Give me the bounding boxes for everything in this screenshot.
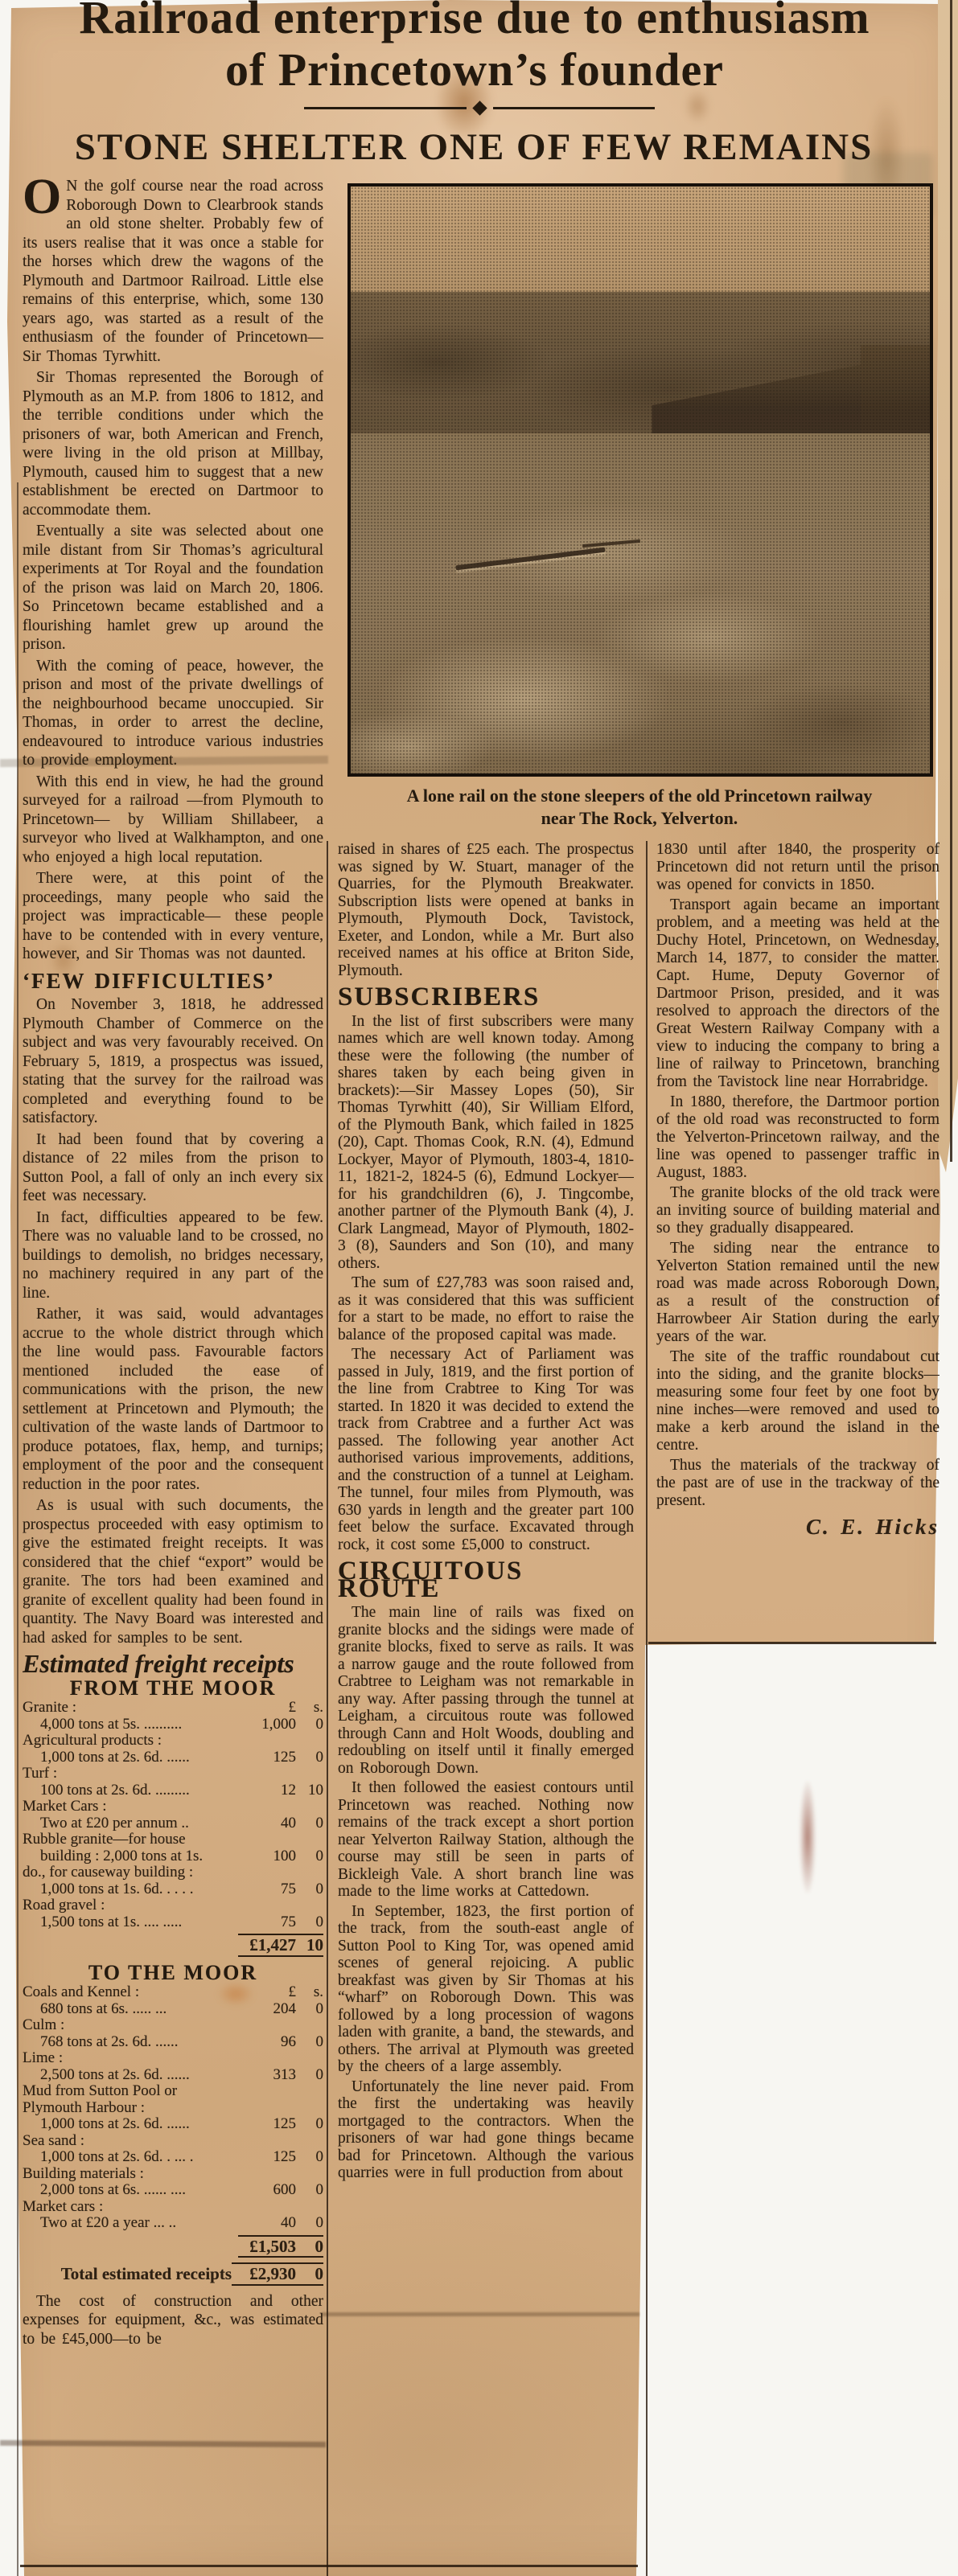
row-label: 680 tons at 6s. ..... ...: [23, 2001, 238, 2018]
row-label: 2,500 tons at 2s. 6d. ......: [23, 2067, 238, 2084]
table-row: do., for causeway building :: [23, 1864, 323, 1881]
row-label: 1,000 tons at 2s. 6d. ......: [23, 2116, 238, 2133]
row-label: 2,000 tons at 6s. ...... ....: [23, 2182, 238, 2199]
table-row: Building materials :: [23, 2166, 323, 2183]
column-rule: [327, 841, 328, 2576]
diamond-ornament-icon: [472, 100, 487, 115]
table-row: 1,000 tons at 2s. 6d. ...... 125 0: [23, 2116, 323, 2133]
table-section-heading: FROM THE MOOR: [23, 1680, 323, 1697]
headline-divider: [304, 103, 655, 113]
row-pounds: 75: [238, 1881, 296, 1898]
left-edge-rule: [17, 482, 19, 2576]
photo-caption-line1: A lone rail on the stone sleepers of the…: [347, 785, 931, 807]
table-row: 1,000 tons at 2s. 6d. . ... . 125 0: [23, 2149, 323, 2166]
row-pounds: 1,000: [238, 1717, 296, 1733]
table-row: Plymouth Harbour :: [23, 2100, 323, 2117]
row-label: Rubble granite—for house: [23, 1832, 238, 1848]
table-row: 1,500 tons at 1s. .... ..... 75 0: [23, 1914, 323, 1931]
total-shillings: 10: [296, 1937, 323, 1954]
photo-caption-line2: near The Rock, Yelverton.: [347, 807, 931, 830]
paragraph: With this end in view, he had the ground…: [23, 773, 323, 868]
paragraph: It then followed the easiest contours un…: [338, 1779, 634, 1901]
photo-caption: A lone rail on the stone sleepers of the…: [347, 785, 931, 830]
row-shillings: 0: [296, 1848, 323, 1865]
row-pounds: 125: [238, 1749, 296, 1766]
row-label: Two at £20 a year ... ..: [23, 2215, 238, 2232]
table-row: Culm :: [23, 2017, 323, 2034]
row-pounds: 12: [238, 1782, 296, 1799]
paragraph: It had been found that by covering a dis…: [23, 1130, 323, 1206]
row-shillings: 0: [296, 2001, 323, 2018]
paragraph: In 1880, therefore, the Dartmoor portion…: [656, 1093, 939, 1182]
table-row: Rubble granite—for house: [23, 1832, 323, 1848]
row-label: 1,000 tons at 1s. 6d. . . . .: [23, 1881, 238, 1898]
row-label: Culm :: [23, 2017, 238, 2034]
paragraph: With the coming of peace, however, the p…: [23, 657, 323, 770]
row-label: 768 tons at 2s. 6d. ......: [23, 2034, 238, 2051]
row-label: 100 tons at 2s. 6d. .........: [23, 1782, 238, 1799]
row-pounds: 40: [238, 2215, 296, 2232]
headline: Railroad enterprise due to enthusiasm of…: [16, 0, 933, 96]
table-row: 680 tons at 6s. ..... ... 204 0: [23, 2001, 323, 2018]
row-pounds: 600: [238, 2182, 296, 2199]
paragraph: There were, at this point of the proceed…: [23, 869, 323, 964]
table-row: Mud from Sutton Pool or: [23, 2083, 323, 2100]
row-label: Mud from Sutton Pool or: [23, 2083, 238, 2100]
row-shillings: 0: [296, 2067, 323, 2084]
paragraph: Thus the materials of the trackway of th…: [656, 1457, 939, 1510]
row-shillings: 10: [296, 1782, 323, 1799]
table-row: Coals and Kennel : £ s.: [23, 1984, 323, 2001]
left-column: ON the golf course near the road across …: [23, 177, 323, 2576]
row-shillings: 0: [296, 1914, 323, 1931]
row-label: 1,000 tons at 2s. 6d. . ... .: [23, 2149, 238, 2166]
row-shillings: s.: [296, 1700, 323, 1717]
paragraph: In fact, difficulties appeared to be few…: [23, 1208, 323, 1303]
grand-total-row: Total estimated receipts £2,9300: [23, 2262, 323, 2286]
row-label: Plymouth Harbour :: [23, 2100, 238, 2117]
from-moor-rows: Granite : £ s. 4,000 tons at 5s. .......…: [23, 1700, 323, 1930]
row-shillings: 0: [296, 1717, 323, 1733]
row-label: 1,500 tons at 1s. .... .....: [23, 1914, 238, 1931]
from-moor-total: £1,42710: [23, 1934, 323, 1957]
total-pounds: £1,503: [238, 2238, 296, 2255]
row-label: Agricultural products :: [23, 1733, 238, 1749]
row-pounds: 96: [238, 2034, 296, 2051]
paragraph: As is usual with such documents, the pro…: [23, 1496, 323, 1647]
row-pounds: £: [238, 1984, 296, 2001]
paragraph: The siding near the entrance to Yelverto…: [656, 1240, 939, 1346]
paragraph: The cost of construction and other expen…: [23, 2292, 323, 2349]
table-row: Lime :: [23, 2050, 323, 2067]
table-row: Turf :: [23, 1766, 323, 1782]
table-title: Estimated freight receipts: [23, 1655, 323, 1672]
row-pounds: 125: [238, 2116, 296, 2133]
adjacent-page-strip: [938, 0, 958, 1172]
grand-total-label: Total estimated receipts: [61, 2266, 232, 2283]
table-row: Market cars :: [23, 2199, 323, 2216]
row-shillings: 0: [296, 2034, 323, 2051]
row-shillings: 0: [296, 1881, 323, 1898]
paragraph: In the list of first subscribers were ma…: [338, 1013, 634, 1273]
total-shillings: 0: [296, 2238, 323, 2255]
row-label: Sea sand :: [23, 2133, 238, 2150]
row-shillings: 0: [296, 1815, 323, 1832]
total-pounds: £1,427: [238, 1937, 296, 1954]
paragraph: The sum of £27,783 was soon raised and, …: [338, 1274, 634, 1343]
row-shillings: 0: [296, 2215, 323, 2232]
table-row: Market Cars :: [23, 1799, 323, 1815]
paragraph: The necessary Act of Parliament was pass…: [338, 1346, 634, 1553]
row-label: Road gravel :: [23, 1897, 238, 1914]
row-label: do., for causeway building :: [23, 1864, 238, 1881]
section-heading-few-difficulties: ‘FEW DIFFICULTIES’: [23, 972, 323, 991]
paragraph: Sir Thomas represented the Borough of Pl…: [23, 368, 323, 519]
row-pounds: 75: [238, 1914, 296, 1931]
subheadline: STONE SHELTER ONE OF FEW REMAINS: [11, 125, 936, 169]
row-label: building : 2,000 tons at 1s.: [23, 1848, 238, 1865]
table-row: 1,000 tons at 2s. 6d. ...... 125 0: [23, 1749, 323, 1766]
newspaper-clipping-scan: Railroad enterprise due to enthusiasm of…: [0, 0, 958, 2576]
table-row: Granite : £ s.: [23, 1700, 323, 1717]
table-row: 4,000 tons at 5s. .......... 1,000 0: [23, 1717, 323, 1733]
row-label: Building materials :: [23, 2166, 238, 2183]
stain: [800, 1781, 816, 1893]
paragraph: Unfortunately the line never paid. From …: [338, 2078, 634, 2182]
railway-photograph: [347, 183, 933, 777]
paragraph: Transport again became an important prob…: [656, 896, 939, 1091]
table-row: building : 2,000 tons at 1s. 100 0: [23, 1848, 323, 1865]
row-pounds: 204: [238, 2001, 296, 2018]
table-section-heading: TO THE MOOR: [23, 1965, 323, 1982]
freight-receipts-table: Estimated freight receipts FROM THE MOOR…: [23, 1655, 323, 2286]
row-pounds: 100: [238, 1848, 296, 1865]
row-label: 4,000 tons at 5s. ..........: [23, 1717, 238, 1733]
table-row: Two at £20 per annum .. 40 0: [23, 1815, 323, 1832]
paragraph: raised in shares of £25 each. The prospe…: [338, 841, 634, 979]
paragraph: The granite blocks of the old track were…: [656, 1184, 939, 1237]
row-pounds: 40: [238, 1815, 296, 1832]
photo-sepia-tint: [351, 187, 930, 773]
row-label: Turf :: [23, 1766, 238, 1782]
section-heading-circuitous-route: CIRCUITOUS ROUTE: [338, 1563, 634, 1598]
row-label: Coals and Kennel :: [23, 1984, 238, 2001]
headline-line1: Railroad enterprise due to enthusiasm: [16, 0, 933, 44]
row-label: Lime :: [23, 2050, 238, 2067]
row-pounds: 125: [238, 2149, 296, 2166]
drop-cap: O: [23, 178, 61, 215]
table-row: 2,500 tons at 2s. 6d. ...... 313 0: [23, 2067, 323, 2084]
column-rule: [646, 841, 648, 2576]
paragraph: The main line of rails was fixed on gran…: [338, 1604, 634, 1777]
table-row: Two at £20 a year ... .. 40 0: [23, 2215, 323, 2232]
table-row: 1,000 tons at 1s. 6d. . . . . 75 0: [23, 1881, 323, 1898]
table-row: Sea sand :: [23, 2133, 323, 2150]
table-row: Agricultural products :: [23, 1733, 323, 1749]
row-shillings: 0: [296, 2182, 323, 2199]
to-moor-rows: Coals and Kennel : £ s. 680 tons at 6s. …: [23, 1984, 323, 2232]
paragraph: On November 3, 1818, he addressed Plymou…: [23, 995, 323, 1128]
middle-column: raised in shares of £25 each. The prospe…: [338, 841, 634, 2576]
paragraph: The site of the traffic roundabout cut i…: [656, 1348, 939, 1454]
paragraph: Eventually a site was selected about one…: [23, 522, 323, 654]
row-shillings: 0: [296, 2116, 323, 2133]
to-moor-total: £1,5030: [23, 2235, 323, 2258]
paragraph: Rather, it was said, would advantages ac…: [23, 1305, 323, 1494]
paragraph: 1830 until after 1840, the prosperity of…: [656, 841, 939, 894]
row-label: Market cars :: [23, 2199, 238, 2216]
table-row: 768 tons at 2s. 6d. ...... 96 0: [23, 2034, 323, 2051]
divider-line: [304, 107, 467, 109]
paragraph: In September, 1823, the first portion of…: [338, 1903, 634, 2076]
row-shillings: 0: [296, 1749, 323, 1766]
grand-total-pounds: £2,930: [238, 2266, 296, 2283]
table-row: 2,000 tons at 6s. ...... .... 600 0: [23, 2182, 323, 2199]
row-pounds: 313: [238, 2067, 296, 2084]
row-shillings: 0: [296, 2149, 323, 2166]
paragraph: ON the golf course near the road across …: [23, 177, 323, 366]
row-label: Granite :: [23, 1700, 238, 1717]
row-shillings: s.: [296, 1984, 323, 2001]
grand-total-shillings: 0: [296, 2266, 323, 2283]
section-heading-subscribers: SUBSCRIBERS: [338, 989, 634, 1007]
row-label: Two at £20 per annum ..: [23, 1815, 238, 1832]
table-row: Road gravel :: [23, 1897, 323, 1914]
table-row: 100 tons at 2s. 6d. ......... 12 10: [23, 1782, 323, 1799]
headline-line2: of Princetown’s founder: [16, 44, 933, 96]
row-label: Market Cars :: [23, 1799, 238, 1815]
author-byline: C. E. Hicks: [656, 1518, 939, 1536]
divider-line: [493, 107, 656, 109]
row-label: 1,000 tons at 2s. 6d. ......: [23, 1749, 238, 1766]
adjacent-page-rule: [950, 0, 952, 1162]
row-pounds: £: [238, 1700, 296, 1717]
right-column: 1830 until after 1840, the prosperity of…: [656, 841, 939, 1645]
